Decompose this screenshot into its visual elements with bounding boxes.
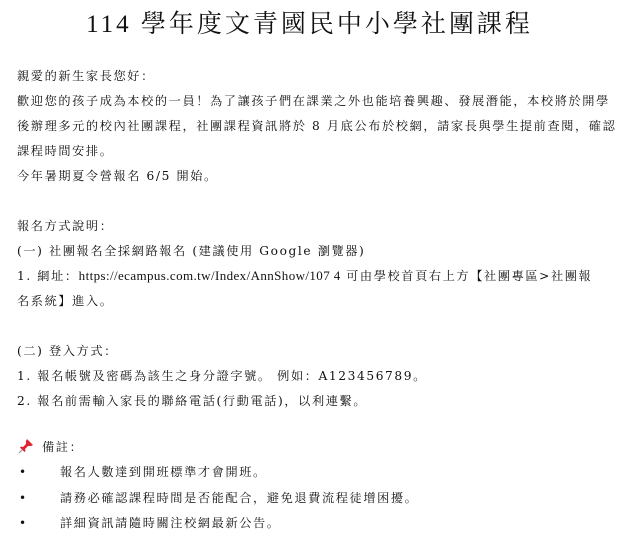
bullet-dot: •: [19, 514, 26, 532]
note-item-3: 詳細資訊請隨時關注校網最新公告。: [60, 514, 281, 532]
pushpin-icon: [18, 438, 34, 454]
login-item-1: 1. 報名帳號及密碼為該生之身分證字號。 例如：A123456789。: [17, 367, 427, 385]
registration-heading: 報名方式說明：: [17, 217, 114, 235]
intro-line-1: 歡迎您的孩子成為本校的一員！為了讓孩子們在課業之外也能培養興趣、發展潛能，本校將…: [17, 92, 610, 110]
registration-url-continued: 名系統】進入。: [17, 292, 114, 310]
intro-line-2: 後辦理多元的校內社團課程，社團課程資訊將於 8 月底公布於校網，請家長與學生提前…: [17, 117, 616, 135]
url-instructions: 可由學校首頁右上方【社團專區>社團報: [341, 269, 593, 283]
notes-heading: 備註：: [42, 438, 83, 456]
bullet-dot: •: [19, 463, 26, 481]
greeting: 親愛的新生家長您好：: [17, 67, 155, 85]
section-1-title: (一) 社團報名全採網路報名 (建議使用 Google 瀏覽器): [17, 242, 365, 260]
note-item-2: 請務必確認課程時間是否能配合，避免退費流程徒增困擾。: [60, 489, 418, 507]
intro-line-3: 課程時間安排。: [17, 142, 114, 160]
login-item-2: 2. 報名前需輸入家長的聯絡電話(行動電話)，以利連繫。: [17, 392, 367, 410]
section-2-title: (二) 登入方式：: [17, 342, 118, 360]
page-title: 114 學年度文青國民中小學社團課程: [0, 8, 619, 42]
note-item-1: 報名人數達到開班標準才會開班。: [60, 463, 267, 481]
summer-camp-notice: 今年暑期夏令營報名 6/5 開始。: [17, 167, 218, 185]
url-label: 1. 網址：: [17, 269, 79, 283]
bullet-dot: •: [19, 489, 26, 507]
registration-url-link[interactable]: https://ecampus.com.tw/Index/AnnShow/107…: [79, 268, 341, 283]
registration-url-line: 1. 網址：https://ecampus.com.tw/Index/AnnSh…: [17, 267, 592, 285]
